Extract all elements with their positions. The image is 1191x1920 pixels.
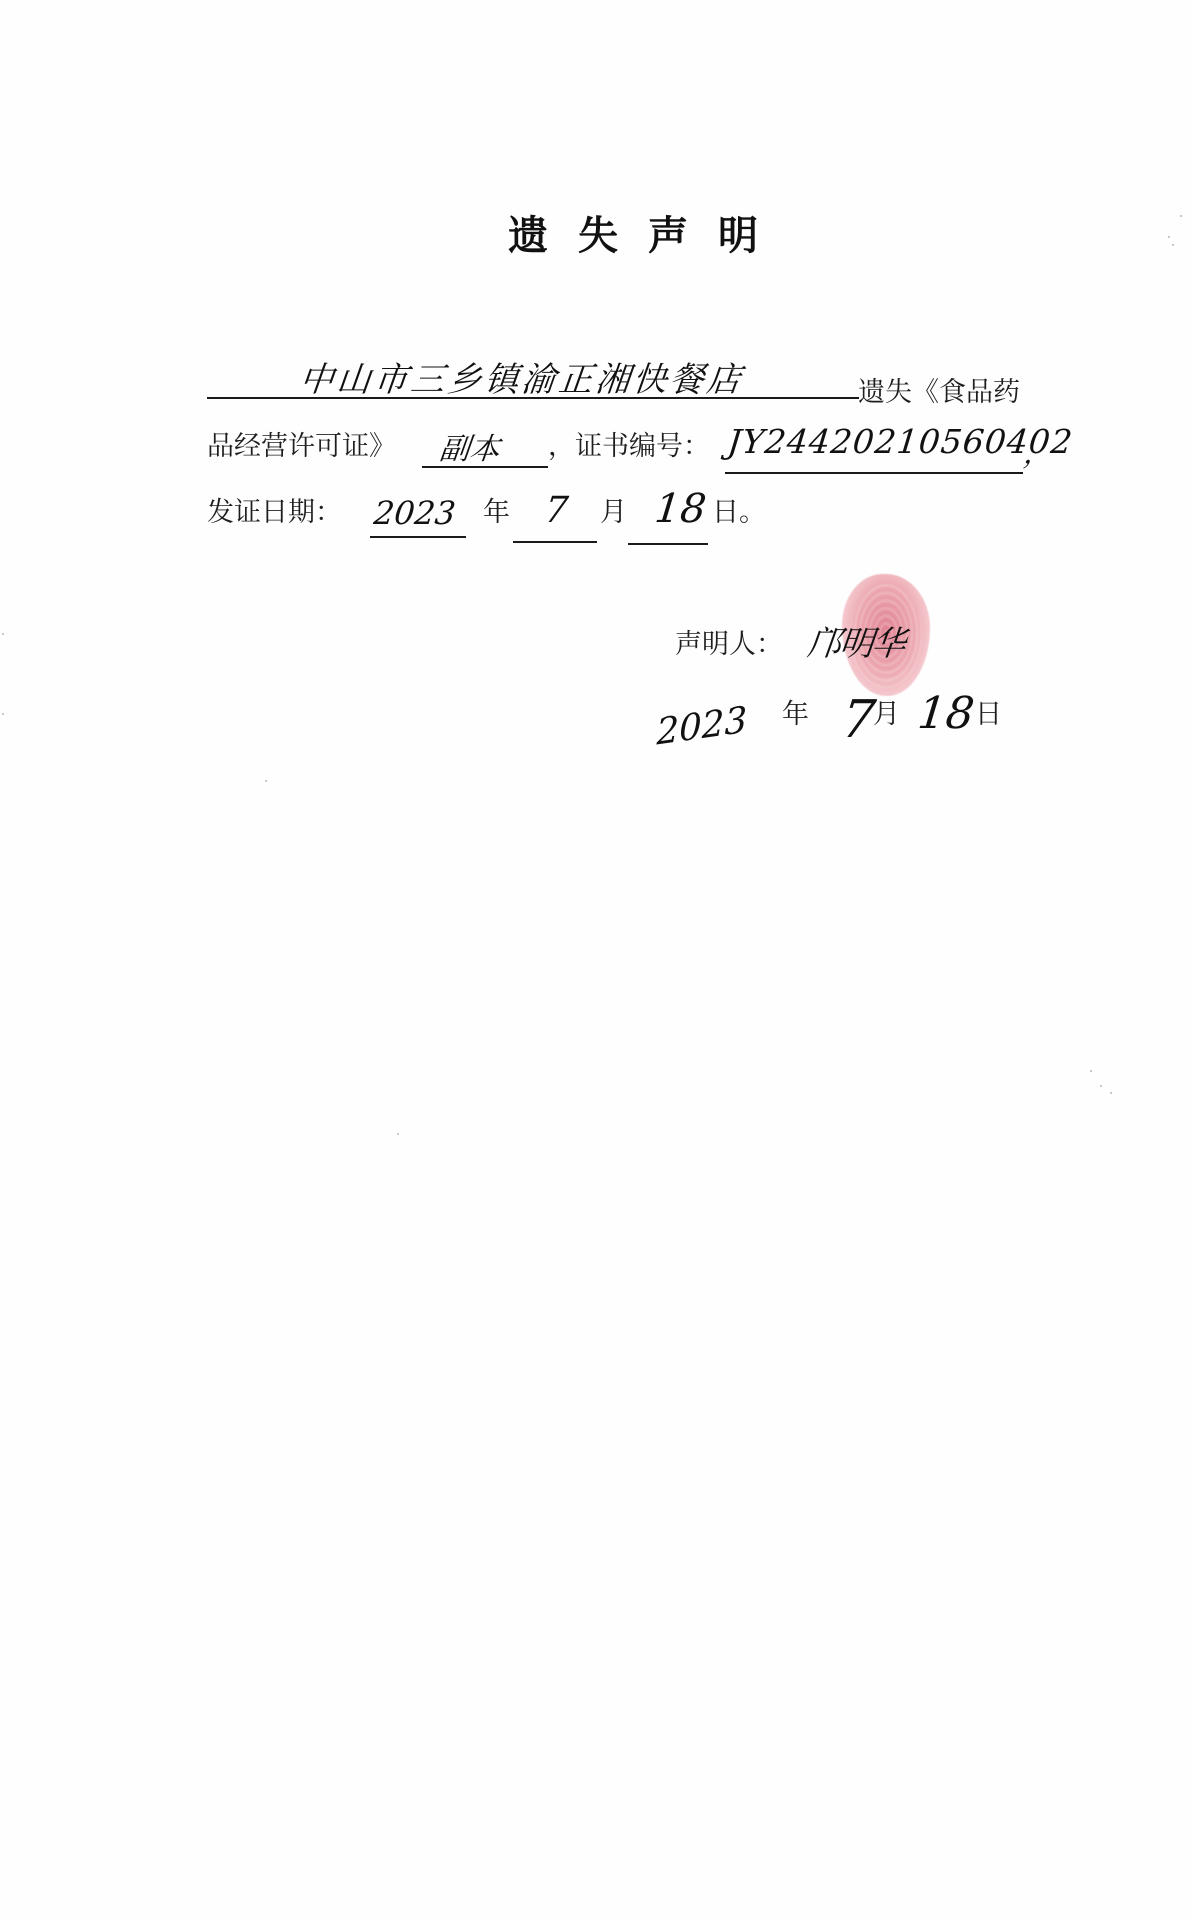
- scan-speck: [1090, 1070, 1092, 1072]
- scan-speck: [1100, 1085, 1102, 1087]
- issue-day-underline: [628, 543, 708, 545]
- scan-speck: [1180, 215, 1182, 217]
- scan-speck: [397, 1133, 399, 1135]
- line2-middle: ，证书编号：: [548, 430, 710, 464]
- filled-copy-type: 副本: [438, 424, 503, 468]
- declarant-label: 声明人：: [675, 628, 783, 662]
- page-title: 遗失声明: [508, 210, 788, 262]
- month-label: 月: [600, 496, 627, 530]
- sign-day: 18: [915, 688, 976, 739]
- issue-date-label: 发证日期：: [207, 496, 342, 530]
- line2-suffix: ，: [1022, 432, 1054, 472]
- issue-year: 2023: [372, 494, 457, 532]
- issue-month: 7: [543, 490, 570, 531]
- scan-speck: [1168, 236, 1170, 238]
- document-page: 遗失声明 中山市三乡镇渝正湘快餐店 遗失《食品药 品经营许可证》 副本 ，证书编…: [0, 0, 1191, 1920]
- scan-speck: [265, 780, 267, 782]
- issue-month-underline: [513, 541, 597, 543]
- day-label: 日。: [712, 496, 766, 530]
- scan-speck: [1172, 244, 1174, 246]
- sign-year: 2023: [656, 699, 747, 753]
- declarant-signature: 邝明华: [805, 616, 906, 665]
- license-number-underline: [725, 472, 1023, 474]
- year-label: 年: [483, 496, 510, 530]
- line2-prefix: 品经营许可证》: [207, 430, 396, 464]
- scan-speck: [1110, 1092, 1112, 1094]
- scan-speck: [2, 713, 4, 715]
- issue-day: 18: [653, 486, 709, 532]
- issue-year-underline: [370, 536, 466, 538]
- sign-day-label: 日: [975, 698, 1002, 732]
- scan-speck: [2, 633, 4, 635]
- line1-after-text: 遗失《食品药: [858, 376, 1020, 410]
- sign-month-label: 月: [873, 698, 900, 732]
- filled-store-name: 中山市三乡镇渝正湘快餐店: [297, 352, 746, 401]
- sign-year-label: 年: [782, 698, 809, 732]
